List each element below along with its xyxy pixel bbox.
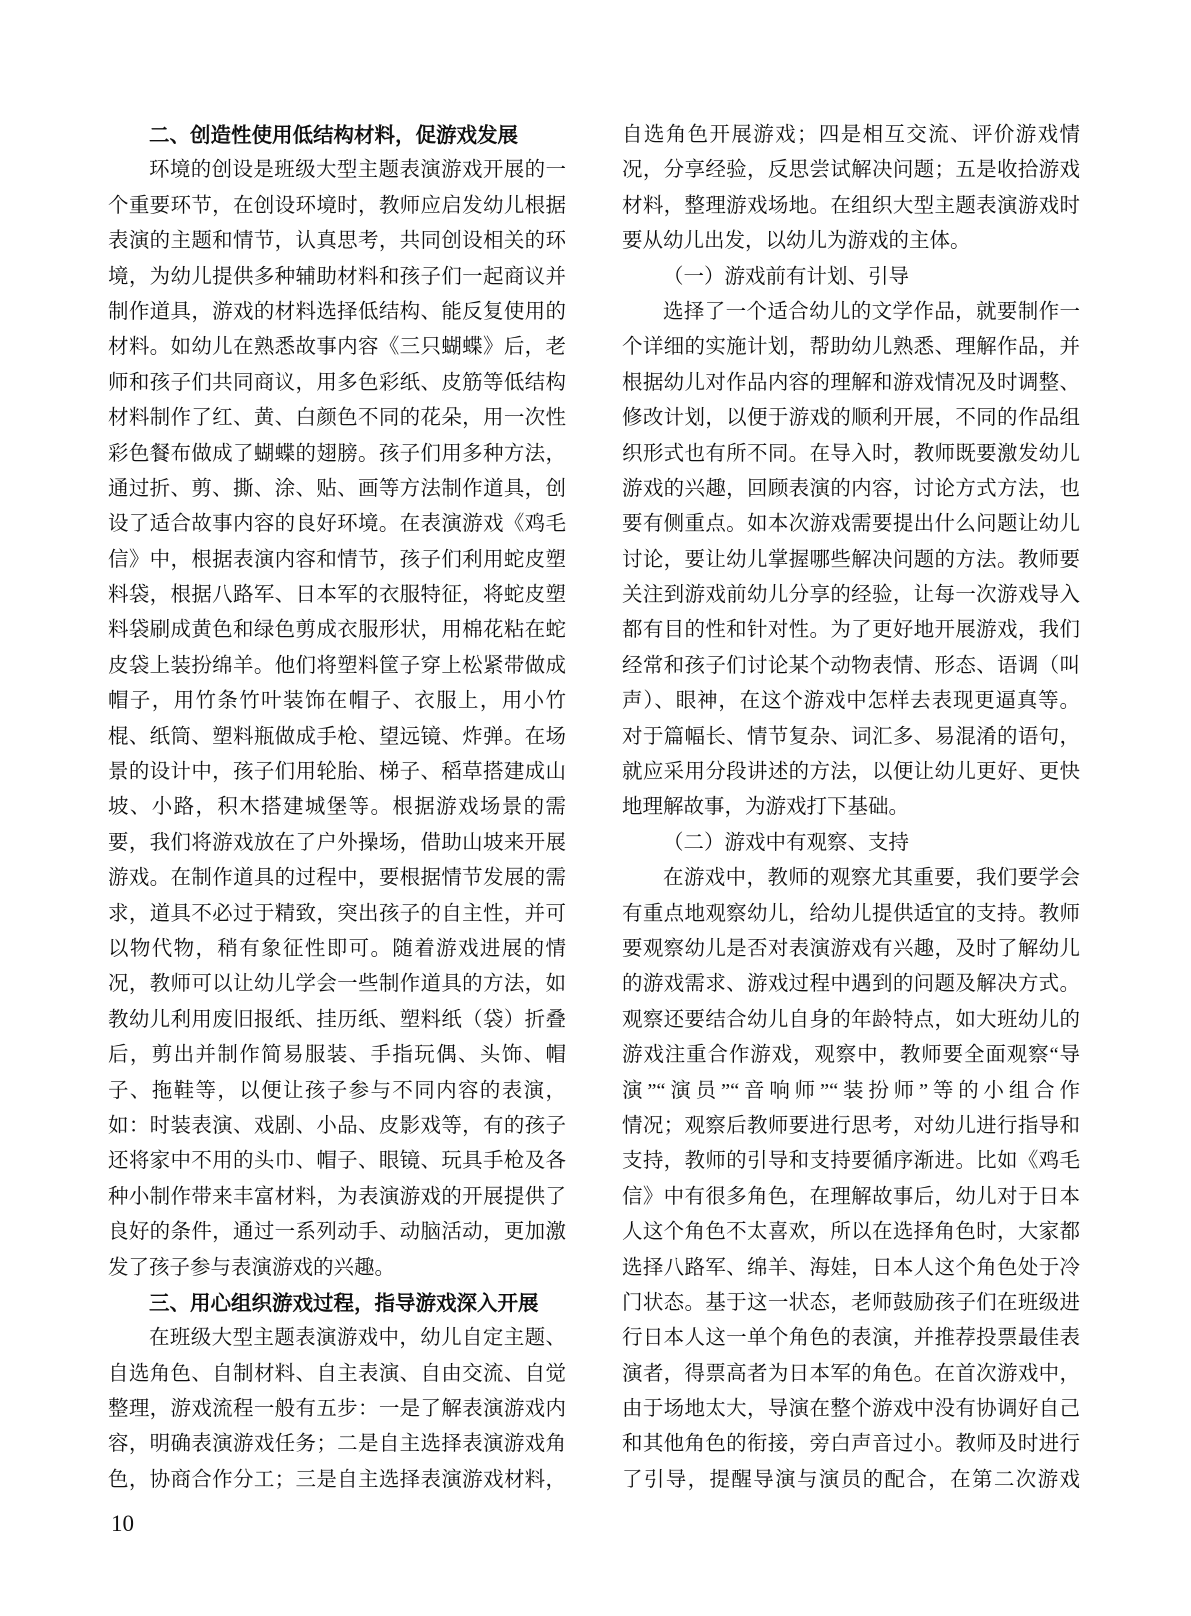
text-line: 如：时装表演、戏剧、小品、皮影戏等，有的孩子 (108, 1109, 566, 1144)
text-line: 地理解故事，为游戏打下基础。 (622, 790, 1080, 825)
text-line: 制作道具，游戏的材料选择低结构、能反复使用的 (108, 295, 566, 330)
text-line: 演者，得票高者为日本军的角色。在首次游戏中， (622, 1357, 1080, 1392)
text-line: 彩色餐布做成了蝴蝶的翅膀。孩子们用多种方法， (108, 437, 566, 472)
text-line: 还将家中不用的头巾、帽子、眼镜、玩具手枪及各 (108, 1144, 566, 1179)
text-line: 坡、小路，积木搭建城堡等。根据游戏场景的需 (108, 790, 566, 825)
text-line: 要，我们将游戏放在了户外操场，借助山坡来开展 (108, 826, 566, 861)
text-line: 自选角色开展游戏；四是相互交流、评价游戏情 (622, 118, 1080, 153)
text-line: 支持，教师的引导和支持要循序渐进。比如《鸡毛 (622, 1144, 1080, 1179)
text-line: 环境的创设是班级大型主题表演游戏开展的一 (108, 153, 566, 188)
text-line: 讨论，要让幼儿掌握哪些解决问题的方法。教师要 (622, 543, 1080, 578)
text-line: 境，为幼儿提供多种辅助材料和孩子们一起商议并 (108, 260, 566, 295)
text-line: 游戏注重合作游戏，观察中，教师要全面观察“导 (622, 1038, 1080, 1073)
text-line: 都有目的性和针对性。为了更好地开展游戏，我们 (622, 613, 1080, 648)
subsection-heading: （一）游戏前有计划、引导 (622, 260, 1080, 295)
text-line: 由于场地太大，导演在整个游戏中没有协调好自己 (622, 1392, 1080, 1427)
text-line: 个重要环节，在创设环境时，教师应启发幼儿根据 (108, 189, 566, 224)
text-line: 就应采用分段讲述的方法，以便让幼儿更好、更快 (622, 755, 1080, 790)
text-line: 门状态。基于这一状态，老师鼓励孩子们在班级进 (622, 1286, 1080, 1321)
text-line: 了引导，提醒导演与演员的配合，在第二次游戏 (622, 1463, 1080, 1498)
text-line: 织形式也有所不同。在导入时，教师既要激发幼儿 (622, 437, 1080, 472)
text-line: 子、拖鞋等，以便让孩子参与不同内容的表演， (108, 1074, 566, 1109)
page-number: 10 (111, 1506, 134, 1542)
text-line: 要从幼儿出发，以幼儿为游戏的主体。 (622, 224, 1080, 259)
section-heading: 二、创造性使用低结构材料，促游戏发展 (108, 118, 566, 153)
document-page: 二、创造性使用低结构材料，促游戏发展环境的创设是班级大型主题表演游戏开展的一个重… (0, 0, 1191, 1616)
text-line: 在班级大型主题表演游戏中，幼儿自定主题、 (108, 1321, 566, 1356)
text-line: 以物代物，稍有象征性即可。随着游戏进展的情 (108, 932, 566, 967)
text-line: 景的设计中，孩子们用轮胎、梯子、稻草搭建成山 (108, 755, 566, 790)
text-line: 选择八路军、绵羊、海娃，日本人这个角色处于冷 (622, 1251, 1080, 1286)
text-line: 况，教师可以让幼儿学会一些制作道具的方法，如 (108, 967, 566, 1002)
text-line: 情况；观察后教师要进行思考，对幼儿进行指导和 (622, 1109, 1080, 1144)
text-line: 材料，整理游戏场地。在组织大型主题表演游戏时 (622, 189, 1080, 224)
text-line: 帽子，用竹条竹叶装饰在帽子、衣服上，用小竹 (108, 684, 566, 719)
text-line: 设了适合故事内容的良好环境。在表演游戏《鸡毛 (108, 507, 566, 542)
text-line: 容，明确表演游戏任务；二是自主选择表演游戏角 (108, 1427, 566, 1462)
text-line: 师和孩子们共同商议，用多色彩纸、皮筋等低结构 (108, 366, 566, 401)
text-line: 行日本人这一单个角色的表演，并推荐投票最佳表 (622, 1321, 1080, 1356)
subsection-heading: （二）游戏中有观察、支持 (622, 826, 1080, 861)
text-line: 料袋刷成黄色和绿色剪成衣服形状，用棉花粘在蛇 (108, 613, 566, 648)
text-line: 后，剪出并制作简易服装、手指玩偶、头饰、帽 (108, 1038, 566, 1073)
text-line: 表演的主题和情节，认真思考，共同创设相关的环 (108, 224, 566, 259)
text-line: 在游戏中，教师的观察尤其重要，我们要学会 (622, 861, 1080, 896)
text-line: 演”“演员”“音响师”“装扮师”等的小组合作 (622, 1074, 1080, 1109)
text-line: 个详细的实施计划，帮助幼儿熟悉、理解作品，并 (622, 330, 1080, 365)
text-line: 料袋，根据八路军、日本军的衣服特征，将蛇皮塑 (108, 578, 566, 613)
text-line: 选择了一个适合幼儿的文学作品，就要制作一 (622, 295, 1080, 330)
text-line: 游戏。在制作道具的过程中，要根据情节发展的需 (108, 861, 566, 896)
section-heading: 三、用心组织游戏过程，指导游戏深入开展 (108, 1286, 566, 1321)
text-line: 的游戏需求、游戏过程中遇到的问题及解决方式。 (622, 967, 1080, 1002)
left-column: 二、创造性使用低结构材料，促游戏发展环境的创设是班级大型主题表演游戏开展的一个重… (108, 118, 566, 1498)
text-line: 对于篇幅长、情节复杂、词汇多、易混淆的语句， (622, 720, 1080, 755)
text-line: 材料制作了红、黄、白颜色不同的花朵，用一次性 (108, 401, 566, 436)
text-line: 游戏的兴趣，回顾表演的内容，讨论方式方法，也 (622, 472, 1080, 507)
text-line: 声）、眼神，在这个游戏中怎样去表现更逼真等。 (622, 684, 1080, 719)
text-line: 根据幼儿对作品内容的理解和游戏情况及时调整、 (622, 366, 1080, 401)
text-line: 良好的条件，通过一系列动手、动脑活动，更加激 (108, 1215, 566, 1250)
text-line: 棍、纸筒、塑料瓶做成手枪、望远镜、炸弹。在场 (108, 720, 566, 755)
text-line: 观察还要结合幼儿自身的年龄特点，如大班幼儿的 (622, 1003, 1080, 1038)
text-line: 要观察幼儿是否对表演游戏有兴趣，及时了解幼儿 (622, 932, 1080, 967)
text-line: 皮袋上装扮绵羊。他们将塑料筐子穿上松紧带做成 (108, 649, 566, 684)
text-line: 要有侧重点。如本次游戏需要提出什么问题让幼儿 (622, 507, 1080, 542)
text-line: 和其他角色的衔接，旁白声音过小。教师及时进行 (622, 1427, 1080, 1462)
text-line: 种小制作带来丰富材料，为表演游戏的开展提供了 (108, 1180, 566, 1215)
text-line: 教幼儿利用废旧报纸、挂历纸、塑料纸（袋）折叠 (108, 1003, 566, 1038)
right-column: 自选角色开展游戏；四是相互交流、评价游戏情况，分享经验，反思尝试解决问题；五是收… (622, 118, 1080, 1498)
text-line: 自选角色、自制材料、自主表演、自由交流、自觉 (108, 1357, 566, 1392)
text-line: 求，道具不必过于精致，突出孩子的自主性，并可 (108, 897, 566, 932)
text-line: 经常和孩子们讨论某个动物表情、形态、语调（叫 (622, 649, 1080, 684)
text-line: 修改计划，以便于游戏的顺利开展，不同的作品组 (622, 401, 1080, 436)
text-line: 通过折、剪、撕、涂、贴、画等方法制作道具，创 (108, 472, 566, 507)
text-line: 信》中，根据表演内容和情节，孩子们利用蛇皮塑 (108, 543, 566, 578)
text-line: 材料。如幼儿在熟悉故事内容《三只蝴蝶》后，老 (108, 330, 566, 365)
text-line: 况，分享经验，反思尝试解决问题；五是收拾游戏 (622, 153, 1080, 188)
text-line: 色，协商合作分工；三是自主选择表演游戏材料， (108, 1463, 566, 1498)
text-line: 发了孩子参与表演游戏的兴趣。 (108, 1251, 566, 1286)
text-line: 关注到游戏前幼儿分享的经验，让每一次游戏导入 (622, 578, 1080, 613)
text-line: 信》中有很多角色，在理解故事后，幼儿对于日本 (622, 1180, 1080, 1215)
text-line: 整理，游戏流程一般有五步：一是了解表演游戏内 (108, 1392, 566, 1427)
text-line: 有重点地观察幼儿，给幼儿提供适宜的支持。教师 (622, 897, 1080, 932)
text-line: 人这个角色不太喜欢，所以在选择角色时，大家都 (622, 1215, 1080, 1250)
